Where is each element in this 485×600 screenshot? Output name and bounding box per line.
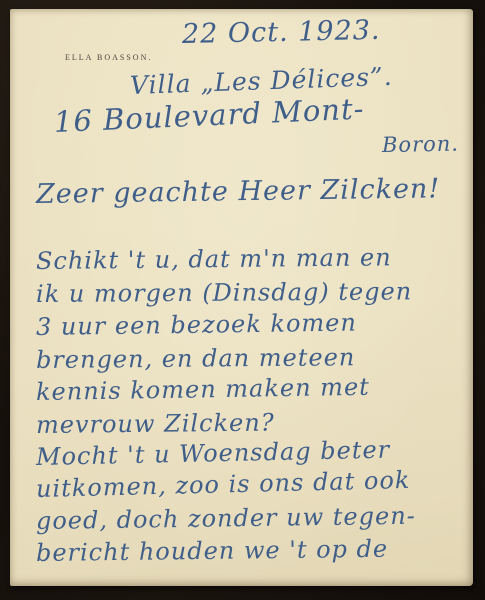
body-line: Schikt 't u, dat m'n man en — [36, 243, 392, 275]
letter-date: 22 Oct. 1923. — [182, 15, 381, 50]
body-line: mevrouw Zilcken? — [36, 409, 275, 439]
body-line: goed, doch zonder uw tegen- — [36, 502, 416, 535]
body-line: Mocht 't u Woensdag beter — [36, 436, 391, 471]
letter-frame: 22 Oct. 1923. ELLA BOASSON. Villa „Les D… — [0, 0, 485, 600]
body-line: 3 uur een bezoek komen — [36, 309, 357, 341]
address-street-continued: Boron. — [382, 132, 459, 157]
address-street: 16 Boulevard Mont- — [53, 91, 365, 139]
body-line: kennis komen maken met — [36, 373, 370, 406]
letterhead-stamp: ELLA BOASSON. — [65, 53, 152, 62]
body-line: uitkomen, zoo is ons dat ook — [36, 466, 411, 503]
body-line: bericht houden we 't op de — [36, 535, 388, 567]
salutation-line: Zeer geachte Heer Zilcken! — [36, 173, 441, 210]
body-line: brengen, en dan meteen — [36, 343, 356, 374]
body-line: ik u morgen (Dinsdag) tegen — [36, 277, 412, 308]
letter-paper: 22 Oct. 1923. ELLA BOASSON. Villa „Les D… — [10, 9, 473, 586]
